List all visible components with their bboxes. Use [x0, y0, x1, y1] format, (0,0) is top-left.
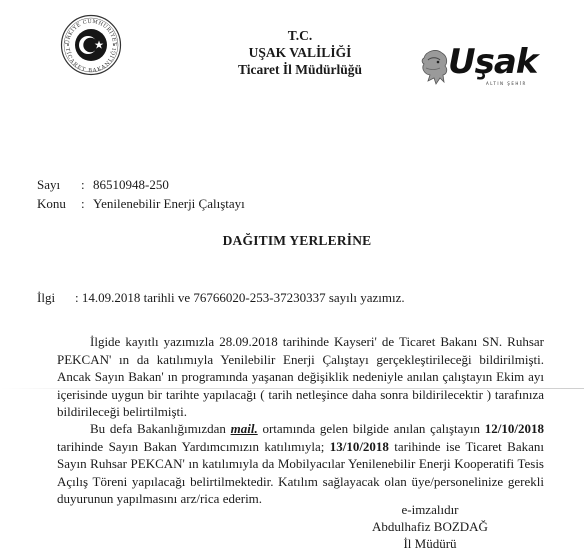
event-date-2: 13/10/2018	[330, 439, 389, 454]
header-tc: T.C.	[180, 27, 420, 44]
reference-row: İlgi: 14.09.2018 tarihli ve 76766020-253…	[37, 290, 405, 306]
usak-logo-subtitle: ALTIN ŞEHİR	[486, 81, 527, 86]
sayi-label: Sayı	[37, 177, 81, 193]
letterhead: T.C. UŞAK VALİLİĞİ Ticaret İl Müdürlüğü	[180, 27, 420, 78]
signature-block: e-imzalıdır Abdulhafiz BOZDAĞ İl Müdürü	[360, 501, 500, 552]
p2-text-3: tarihinde Sayın Bakan Yardımcımızın katı…	[57, 439, 330, 454]
ministry-seal: TÜRKİYE CUMHURİYETİ TİCARET BAKANLIĞI	[60, 14, 122, 76]
body-paragraph-2: Bu defa Bakanlığımızdan mail. ortamında …	[57, 420, 544, 508]
usak-horse-logo-icon	[418, 48, 452, 88]
e-signed-note: e-imzalıdır	[360, 501, 500, 518]
body-paragraph-1: İlgide kayıtlı yazımızla 28.09.2018 tari…	[57, 333, 544, 421]
paper-fold-line	[0, 388, 584, 389]
usak-logo-word: Uşak	[448, 42, 537, 82]
event-date-1: 12/10/2018	[485, 421, 544, 436]
subject-row: Konu:Yenilenebilir Enerji Çalıştayı	[37, 196, 245, 212]
distribution-title: DAĞITIM YERLERİNE	[0, 233, 584, 249]
mail-emphasis: mail.	[231, 421, 258, 436]
ilgi-label: İlgi	[37, 290, 75, 306]
p2-text-2: ortamında gelen bilgide anılan çalıştayı…	[258, 421, 485, 436]
konu-label: Konu	[37, 196, 81, 212]
header-directorate: Ticaret İl Müdürlüğü	[180, 61, 420, 78]
signatory-title: İl Müdürü	[360, 535, 500, 552]
crescent-star-seal-icon: TÜRKİYE CUMHURİYETİ TİCARET BAKANLIĞI	[60, 14, 122, 76]
sayi-colon: :	[81, 177, 93, 193]
konu-value: Yenilenebilir Enerji Çalıştayı	[93, 196, 245, 211]
ilgi-value: : 14.09.2018 tarihli ve 76766020-253-372…	[75, 290, 405, 305]
signatory-name: Abdulhafiz BOZDAĞ	[360, 518, 500, 535]
document-number-row: Sayı:86510948-250	[37, 177, 169, 193]
sayi-value: 86510948-250	[93, 177, 169, 192]
header-governorship: UŞAK VALİLİĞİ	[180, 44, 420, 61]
usak-logo: Uşak ALTIN ŞEHİR	[418, 48, 538, 94]
p2-text-1: Bu defa Bakanlığımızdan	[90, 421, 231, 436]
konu-colon: :	[81, 196, 93, 212]
